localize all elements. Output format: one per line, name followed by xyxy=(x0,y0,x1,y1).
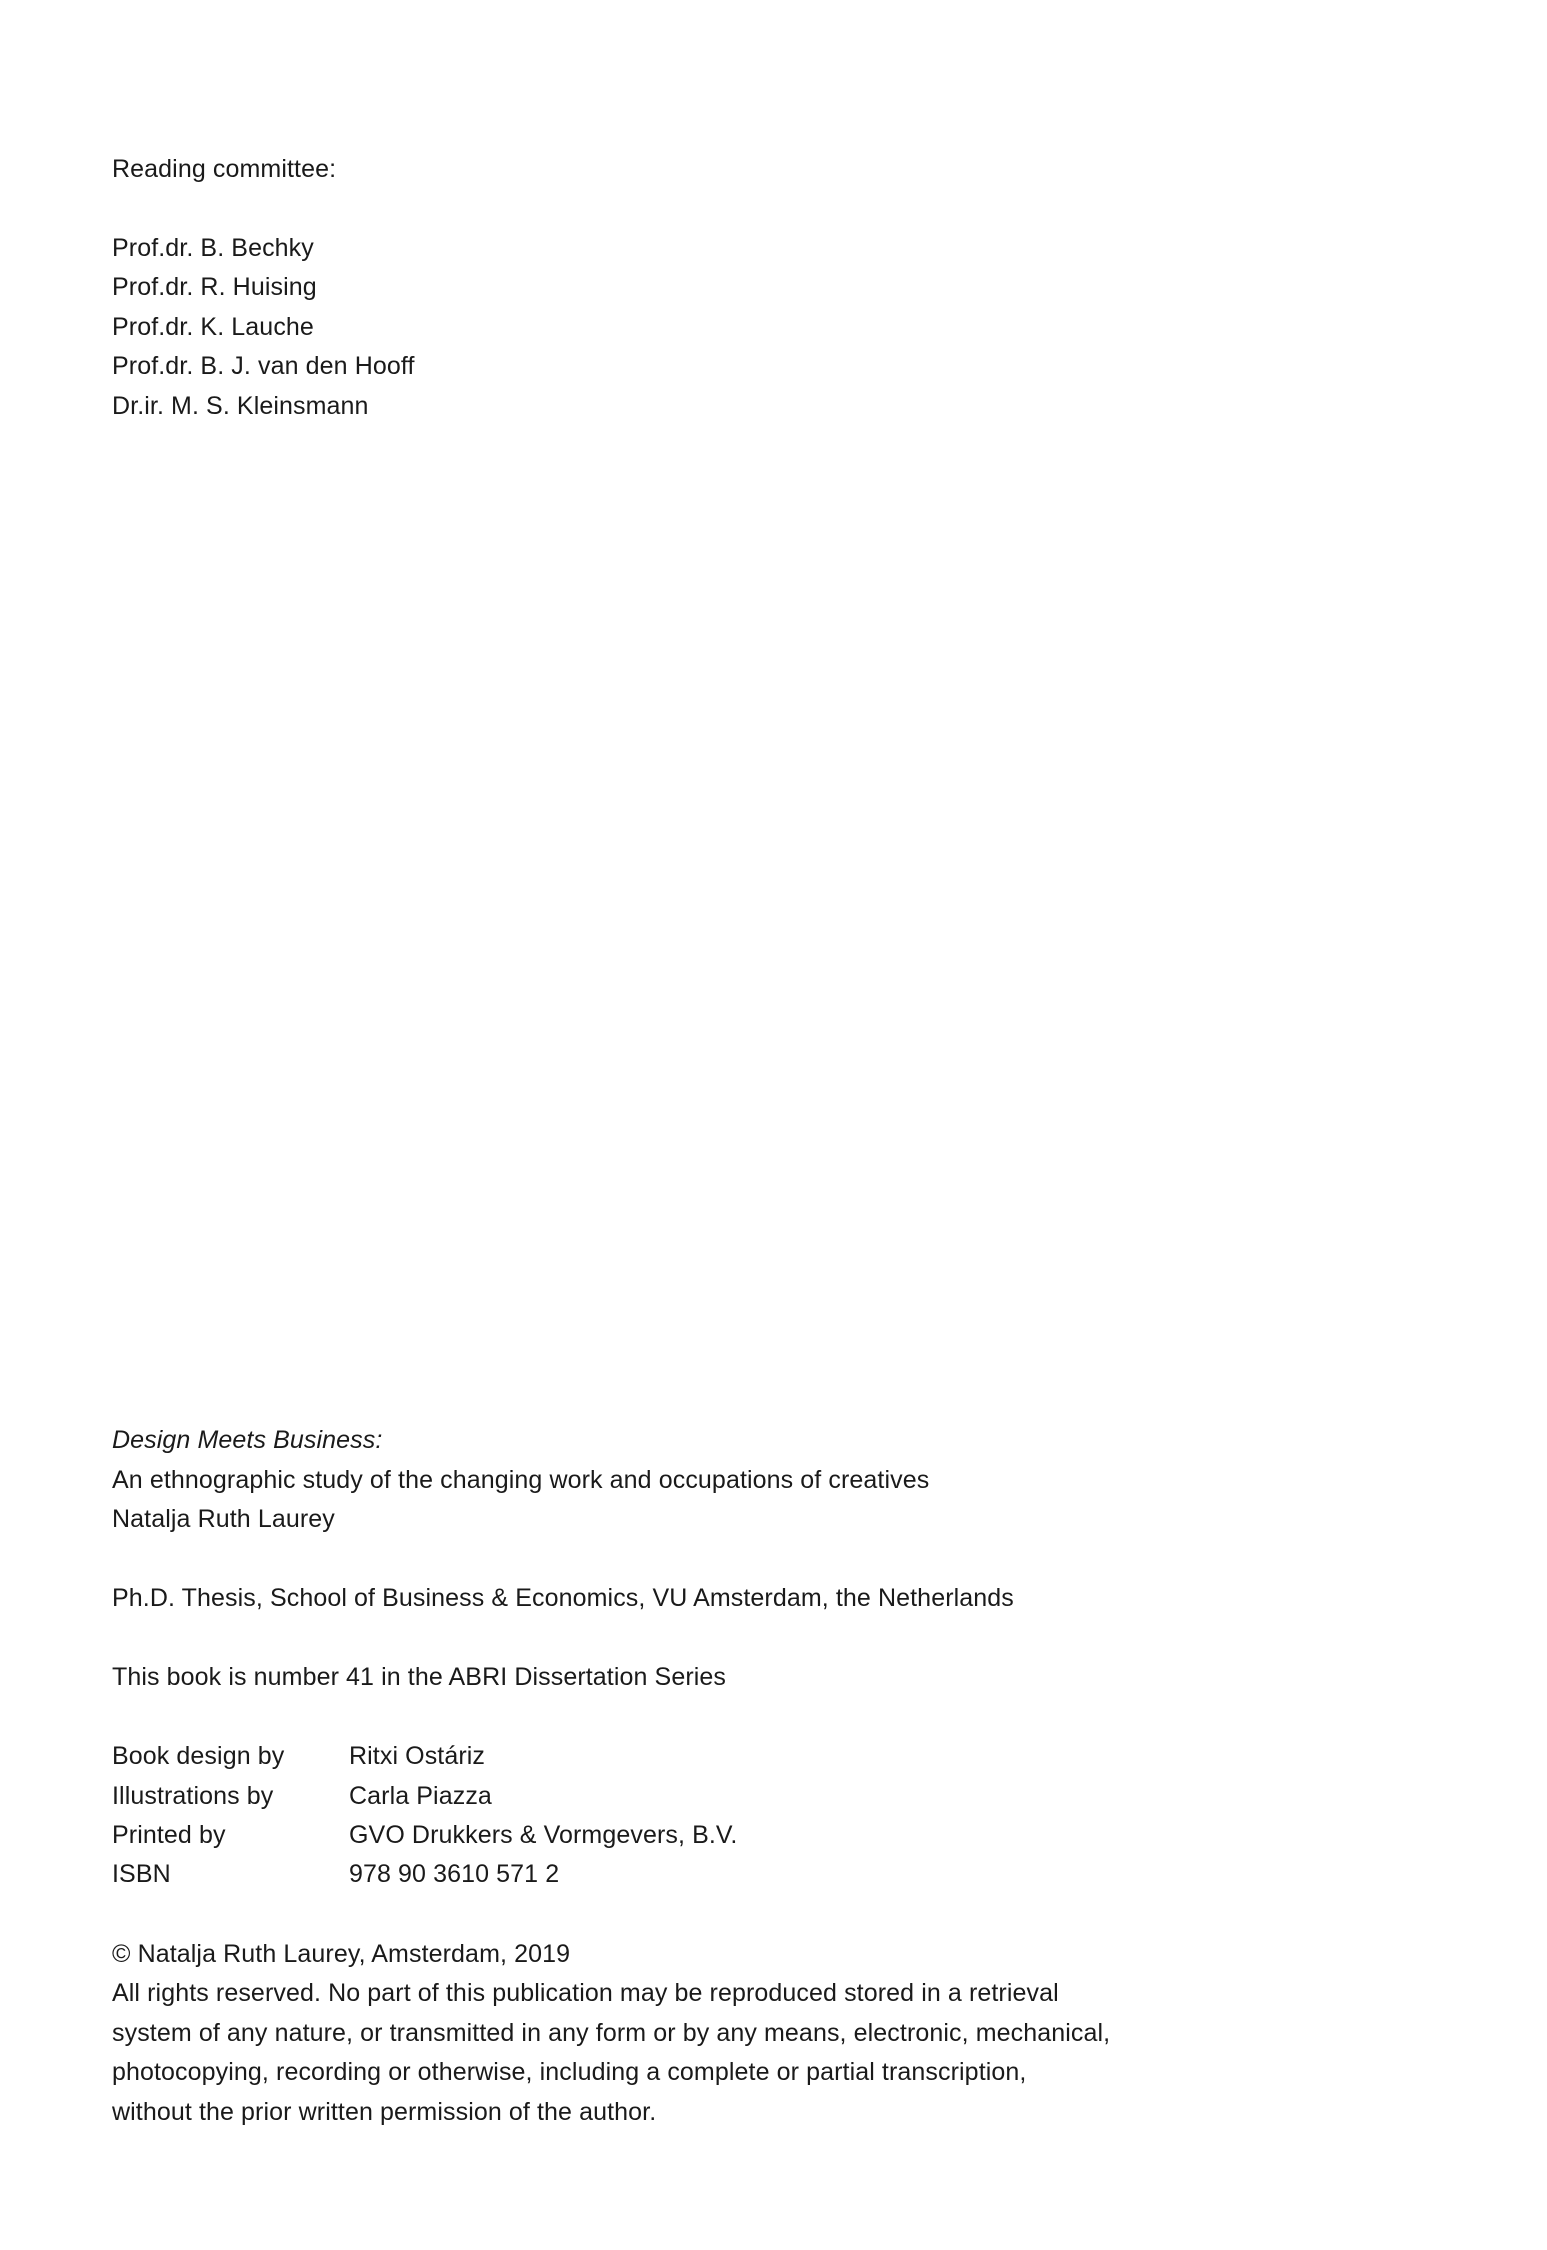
credit-label: Book design by xyxy=(112,1742,284,1770)
credit-label: Printed by xyxy=(112,1821,226,1849)
credit-row: Printed by GVO Drukkers & Vormgevers, B.… xyxy=(112,1815,226,1855)
credit-row: Illustrations by Carla Piazza xyxy=(112,1776,273,1816)
book-title: Design Meets Business: xyxy=(112,1420,382,1460)
credit-value: Carla Piazza xyxy=(349,1776,492,1816)
credit-value: 978 90 3610 571 2 xyxy=(349,1854,559,1894)
book-subtitle: An ethnographic study of the changing wo… xyxy=(112,1460,929,1500)
committee-member: Prof.dr. B. Bechky xyxy=(112,228,314,268)
copyright-line: All rights reserved. No part of this pub… xyxy=(112,1973,1059,2013)
committee-member: Prof.dr. B. J. van den Hooff xyxy=(112,346,415,386)
copyright-notice: © Natalja Ruth Laurey, Amsterdam, 2019 xyxy=(112,1934,570,1974)
credit-label: ISBN xyxy=(112,1860,171,1888)
colophon-page: Reading committee: Prof.dr. B. Bechky Pr… xyxy=(0,0,1547,2250)
credit-label: Illustrations by xyxy=(112,1782,273,1810)
series-info: This book is number 41 in the ABRI Disse… xyxy=(112,1657,726,1697)
credit-row: Book design by Ritxi Ostáriz xyxy=(112,1736,284,1776)
credit-value: Ritxi Ostáriz xyxy=(349,1736,485,1776)
copyright-line: photocopying, recording or otherwise, in… xyxy=(112,2052,1026,2092)
committee-member: Prof.dr. K. Lauche xyxy=(112,307,314,347)
committee-member: Dr.ir. M. S. Kleinsmann xyxy=(112,386,369,426)
committee-member: Prof.dr. R. Huising xyxy=(112,267,317,307)
copyright-line: without the prior written permission of … xyxy=(112,2092,656,2132)
book-author: Natalja Ruth Laurey xyxy=(112,1499,335,1539)
reading-committee-heading: Reading committee: xyxy=(112,149,336,189)
credit-row: ISBN 978 90 3610 571 2 xyxy=(112,1854,171,1894)
thesis-info: Ph.D. Thesis, School of Business & Econo… xyxy=(112,1578,1014,1618)
credit-value: GVO Drukkers & Vormgevers, B.V. xyxy=(349,1815,737,1855)
copyright-line: system of any nature, or transmitted in … xyxy=(112,2013,1110,2053)
